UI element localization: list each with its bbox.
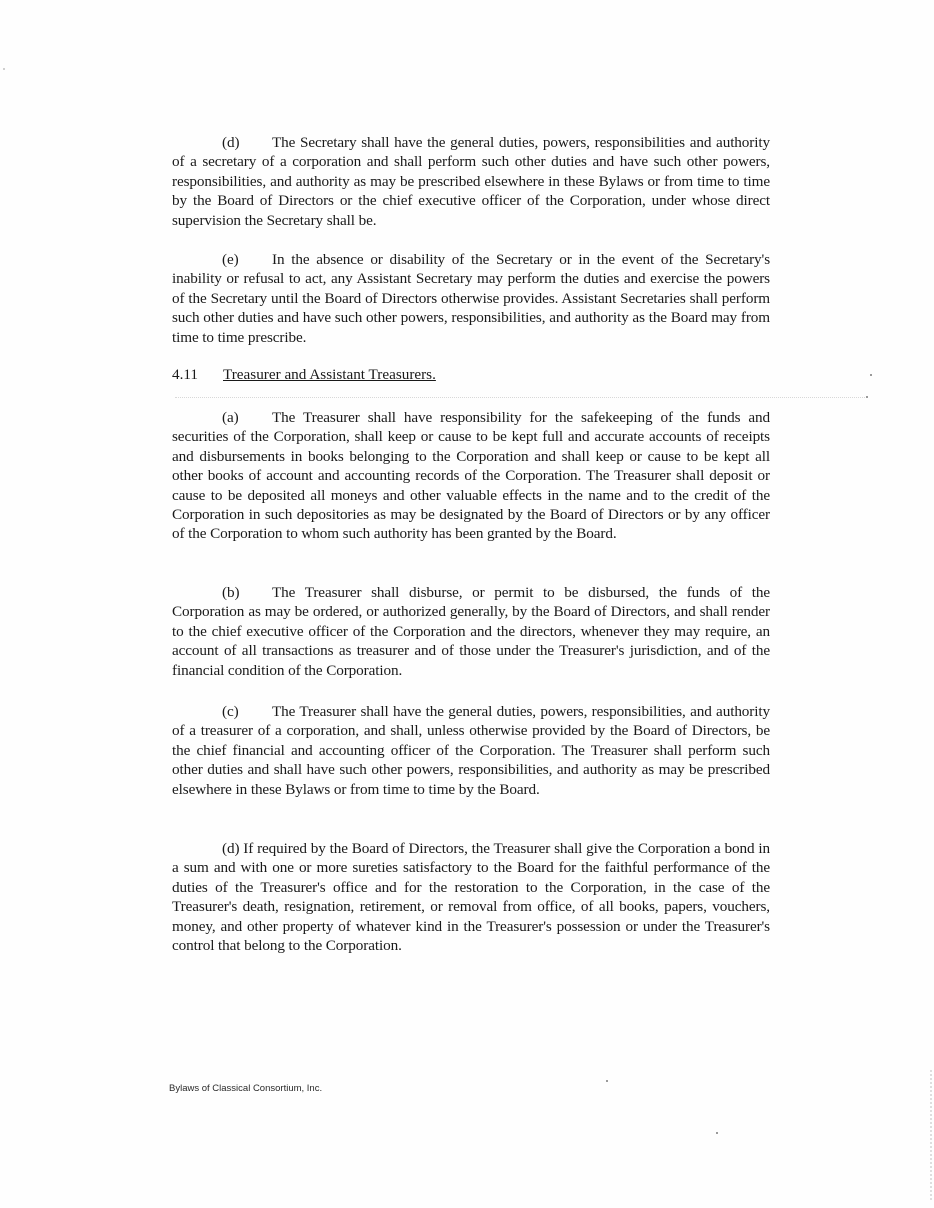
- paragraph-label: (b): [222, 583, 272, 602]
- paragraph-treasurer-b: (b)The Treasurer shall disburse, or perm…: [172, 583, 770, 680]
- paragraph-treasurer-a: (a)The Treasurer shall have responsibili…: [172, 408, 770, 544]
- paragraph-secretary-d: (d)The Secretary shall have the general …: [172, 133, 770, 230]
- scan-artifact-divider: [175, 397, 865, 399]
- scan-speck: [870, 374, 872, 376]
- scan-edge-artifact: [928, 1070, 932, 1200]
- paragraph-label: (c): [222, 702, 272, 721]
- paragraph-label: (d): [222, 840, 239, 857]
- paragraph-treasurer-d: (d) If required by the Board of Director…: [172, 839, 770, 955]
- scan-speck: [606, 1080, 608, 1082]
- section-title: Treasurer and Assistant Treasurers.: [223, 366, 436, 383]
- paragraph-text: The Treasurer shall have responsibility …: [172, 409, 770, 542]
- paragraph-secretary-e: (e)In the absence or disability of the S…: [172, 250, 770, 347]
- paragraph-text: If required by the Board of Directors, t…: [172, 840, 770, 954]
- paragraph-label: (d): [222, 133, 272, 152]
- section-number: 4.11: [172, 366, 223, 384]
- paragraph-label: (a): [222, 408, 272, 427]
- scan-speck: [716, 1132, 718, 1134]
- scan-speck: [866, 396, 868, 398]
- paragraph-treasurer-c: (c)The Treasurer shall have the general …: [172, 702, 770, 799]
- scan-speck: [3, 68, 5, 70]
- paragraph-label: (e): [222, 250, 272, 269]
- page-footer: Bylaws of Classical Consortium, Inc.: [169, 1083, 322, 1094]
- section-heading: 4.11Treasurer and Assistant Treasurers.: [172, 366, 436, 384]
- document-page: (d)The Secretary shall have the general …: [0, 0, 934, 1208]
